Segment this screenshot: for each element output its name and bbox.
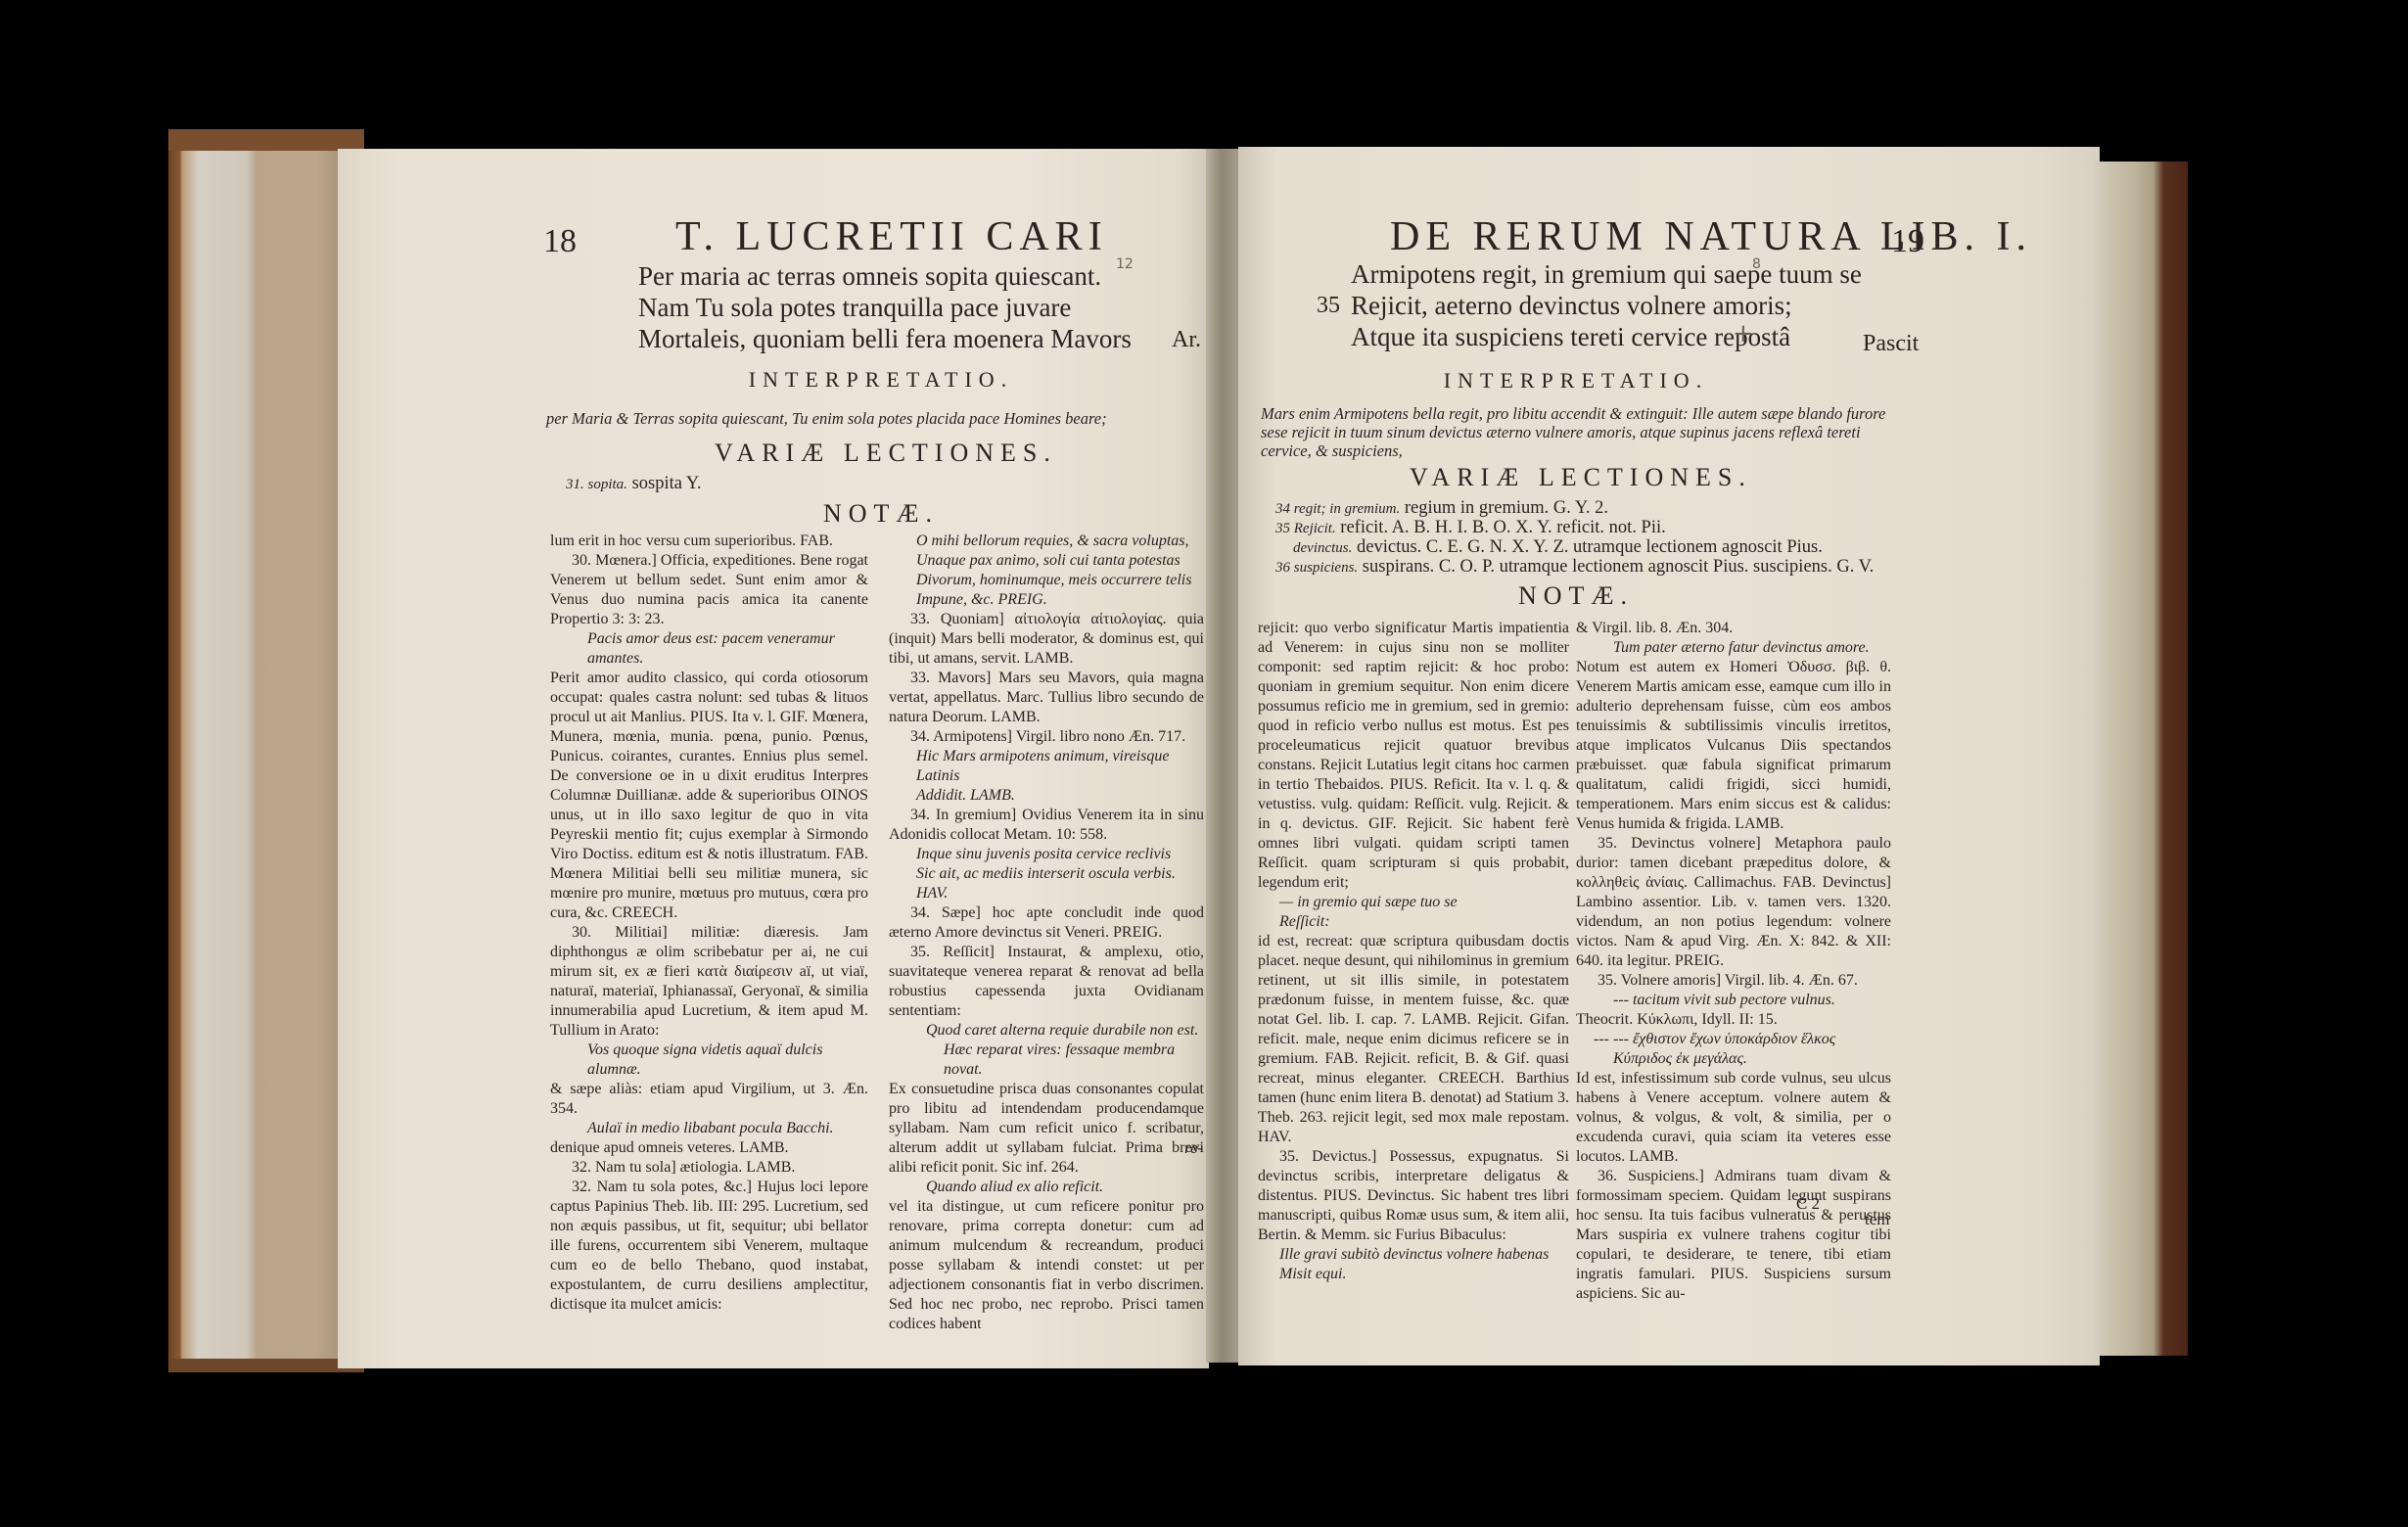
note-paragraph: 35. Reſſicit] Instaurat, & amplexu, otio…: [889, 943, 1204, 1021]
note-paragraph: Ex consuetudine prisca duas consonantes …: [889, 1080, 1204, 1178]
note-paragraph: 34. In gremium] Ovidius Venerem ita in s…: [889, 806, 1204, 845]
note-paragraph: 30. Militiai] militiæ: diæresis. Jam dip…: [550, 923, 868, 1041]
note-quote: Addidit. LAMB.: [889, 786, 1204, 806]
note-quote: --- --- ἔχθιστον ἔχων ὑποκάρδιον ἕλκος: [1576, 1030, 1891, 1049]
catchword-right: tem: [1865, 1210, 1890, 1229]
note-paragraph: id est, recreat: quæ scriptura quibusdam…: [1258, 932, 1569, 1147]
verse-line-number: 35: [1317, 290, 1340, 321]
note-quote: Tum pater æterno fatur devinctus amore.: [1576, 638, 1891, 658]
signature-mark: C 2: [1796, 1194, 1820, 1214]
running-head-left: T. LUCRETII CARI: [675, 213, 1108, 260]
page-number-left: 18: [543, 223, 577, 260]
page-number-right: 19: [1891, 223, 1924, 260]
note-paragraph: 32. Nam tu sola potes, &c.] Hujus loci l…: [550, 1178, 868, 1315]
variae-lines-right: 34 regit; in gremium. regium in gremium.…: [1275, 499, 1941, 578]
variae-heading-right: VARIÆ LECTIONES.: [1410, 463, 1742, 492]
note-quote: Κύπριδος ἐκ μεγάλας.: [1576, 1049, 1891, 1069]
note-quote: O mihi bellorum requies, & sacra volupta…: [889, 532, 1204, 551]
note-paragraph: lum erit in hoc versu cum superioribus. …: [550, 532, 868, 551]
interpretatio-heading-right: INTERPRETATIO.: [1429, 368, 1723, 393]
variae-line: 34 regit; in gremium. regium in gremium.…: [1275, 499, 1941, 519]
note-paragraph: & sæpe aliàs: etiam apud Virgilium, ut 3…: [550, 1080, 868, 1119]
note-paragraph: denique apud omneis veteres. LAMB.: [550, 1138, 868, 1158]
variae-line: 36 suspiciens. suspirans. C. O. P. utram…: [1275, 558, 1941, 578]
note-quote: Hæc reparat vires: fessaque membra novat…: [889, 1041, 1204, 1080]
variae-text: sospita Y.: [632, 474, 702, 493]
note-quote: Ille gravi subitò devinctus volnere habe…: [1258, 1245, 1569, 1265]
pencil-cross-mark: +: [1733, 319, 1754, 348]
catchword-verse-left: Ar.: [1172, 327, 1201, 353]
note-paragraph: 30. Mœnera.] Officia, expeditiones. Bene…: [550, 551, 868, 629]
note-paragraph: 35. Devictus.] Possessus, expugnatus. Si…: [1258, 1147, 1569, 1245]
note-quote: Vos quoque signa videtis aquaï dulcis al…: [550, 1041, 868, 1080]
note-quote: Impune, &c. PREIG.: [889, 590, 1204, 610]
variae-line: devinctus. devictus. C. E. G. N. X. Y. Z…: [1275, 538, 1941, 558]
note-paragraph: Theocrit. Κύκλωπι, Idyll. II: 15.: [1576, 1010, 1891, 1030]
notes-column-left-1: lum erit in hoc versu cum superioribus. …: [550, 532, 868, 1315]
book-gutter: [1206, 149, 1241, 1363]
verse-line: Mortaleis, quoniam belli fera moenera Ma…: [638, 323, 1132, 354]
note-quote: --- tacitum vivit sub pectore vulnus.: [1576, 991, 1891, 1010]
note-paragraph: 34. Armipotens] Virgil. libro nono Æn. 7…: [889, 727, 1204, 747]
note-paragraph: vel ita distingue, ut cum reficere ponit…: [889, 1197, 1204, 1334]
verse-line: Rejicit, aeterno devinctus volnere amori…: [1351, 290, 1792, 321]
interpretatio-text-left: per Maria & Terras sopita quiescant, Tu …: [546, 409, 1212, 428]
notes-column-right-2: & Virgil. lib. 8. Æn. 304. Tum pater æte…: [1576, 619, 1891, 1304]
note-quote: Pacis amor deus est: pacem veneramur ama…: [550, 629, 868, 669]
catchword-verse-right: Pascit: [1863, 331, 1919, 357]
note-paragraph: Id est, infestissimum sub corde vulnus, …: [1576, 1069, 1891, 1167]
pencil-marginal-mark: 12: [1116, 256, 1134, 272]
note-quote: Quando aliud ex alio reficit.: [889, 1178, 1204, 1197]
note-paragraph: 35. Devinctus volnere] Metaphora paulo d…: [1576, 834, 1891, 971]
note-quote: Hic Mars armipotens animum, vireisque La…: [889, 747, 1204, 786]
variae-lines-left: 31. sopita. sospita Y.: [566, 475, 1153, 494]
notes-column-right-1: rejicit: quo verbo significatur Martis i…: [1258, 619, 1569, 1284]
note-paragraph: 36. Suspiciens.] Admirans tuam divam & f…: [1576, 1167, 1891, 1304]
verse-line: Per maria ac terras omneis sopita quiesc…: [638, 260, 1101, 292]
verse-line: Atque ita suspiciens tereti cervice repo…: [1351, 321, 1790, 352]
note-paragraph: 34. Sæpe] hoc apte concludit inde quod æ…: [889, 903, 1204, 943]
note-quote: — in gremio qui sæpe tuo se: [1258, 893, 1569, 912]
note-quote: Inque sinu juvenis posita cervice recliv…: [889, 845, 1204, 864]
note-quote: Misit equi.: [1258, 1265, 1569, 1284]
note-quote: Quod caret alterna requie durabile non e…: [889, 1021, 1204, 1041]
running-head-right: DE RERUM NATURA LIB. I.: [1390, 213, 2032, 260]
variae-ref: 31. sopita.: [566, 477, 627, 492]
note-paragraph: rejicit: quo verbo significatur Martis i…: [1258, 619, 1569, 893]
variae-heading-left: VARIÆ LECTIONES.: [715, 439, 1047, 468]
catchword-left: re-: [1184, 1138, 1203, 1158]
note-paragraph: 35. Volnere amoris] Virgil. lib. 4. Æn. …: [1576, 971, 1891, 991]
interpretatio-text-right: Mars enim Armipotens bella regit, pro li…: [1261, 404, 1912, 460]
note-quote: Unaque pax animo, soli cui tanta potesta…: [889, 551, 1204, 571]
note-paragraph: 33. Quoniam] αἰτιολογία αἰτιολογίας. qui…: [889, 610, 1204, 669]
note-paragraph: Notum est autem ex Homeri Ὀδυσσ. βιβ. θ.…: [1576, 658, 1891, 834]
book-cover-left-edge: [168, 129, 364, 1372]
note-paragraph: 33. Mavors] Mars seu Mavors, quia magna …: [889, 669, 1204, 727]
note-quote: Reſſicit:: [1258, 912, 1569, 932]
note-paragraph: 32. Nam tu sola] ætiologia. LAMB.: [550, 1158, 868, 1178]
note-paragraph: & Virgil. lib. 8. Æn. 304.: [1576, 619, 1891, 638]
note-quote: Sic ait, ac mediis interserit oscula ver…: [889, 864, 1204, 903]
page-edges-right: [2095, 162, 2188, 1356]
notae-heading-right: NOTÆ.: [1478, 581, 1674, 611]
note-quote: Aulaï in medio libabant pocula Bacchi.: [550, 1119, 868, 1138]
note-quote: Divorum, hominumque, meis occurrere teli…: [889, 571, 1204, 590]
notes-column-left-2: O mihi bellorum requies, & sacra volupta…: [889, 532, 1204, 1334]
note-paragraph: Perit amor audito classico, qui corda ot…: [550, 669, 868, 923]
verse-line: Nam Tu sola potes tranquilla pace juvare: [638, 292, 1071, 323]
notae-heading-left: NOTÆ.: [783, 499, 979, 529]
pencil-marginal-mark: 8: [1752, 256, 1761, 272]
variae-line: 35 Rejicit. reficit. A. B. H. I. B. O. X…: [1275, 519, 1941, 538]
interpretatio-heading-left: INTERPRETATIO.: [734, 367, 1028, 393]
verse-line: Armipotens regit, in gremium qui saepe t…: [1351, 258, 1862, 290]
